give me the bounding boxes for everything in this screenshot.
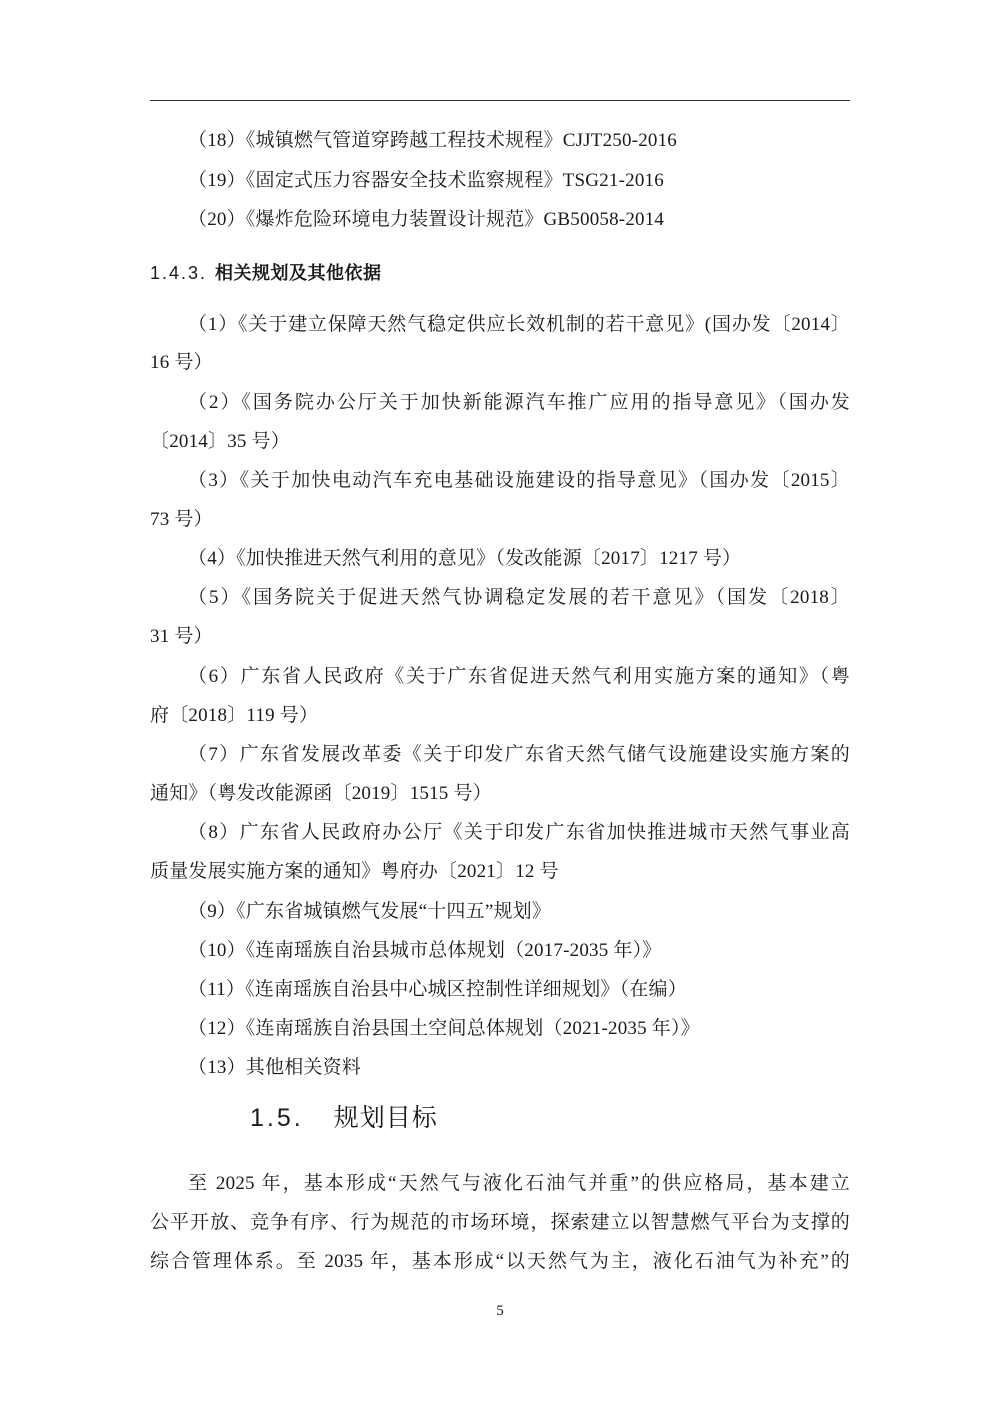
basis-item-9: （9）《广东省城镇燃气发展“十四五”规划》 — [150, 899, 850, 925]
page-number: 5 — [0, 1303, 1000, 1320]
basis-item-12: （12）《连南瑶族自治县国土空间总体规划（2021-2035 年）》 — [150, 1016, 850, 1042]
basis-item-10: （10）《连南瑶族自治县城市总体规划（2017-2035 年）》 — [150, 938, 850, 964]
basis-item-8-line2: 质量发展实施方案的通知》粤府办〔2021〕12 号 — [150, 859, 850, 885]
goal-paragraph-line1: 至 2025 年，基本形成“天然气与液化石油气并重”的供应格局，基本建立 — [150, 1171, 850, 1197]
basis-item-5-line1: （5）《国务院关于促进天然气协调稳定发展的若干意见》（国发〔2018〕 — [150, 585, 850, 611]
section-number: 1.4.3. — [150, 263, 207, 283]
basis-item-7-line2: 通知》（粤发改能源函〔2019〕1515 号） — [150, 781, 850, 807]
section-title: 规划目标 — [334, 1104, 438, 1132]
goal-paragraph-line2: 公平开放、竞争有序、行为规范的市场环境，探索建立以智慧燃气平台为支撑的 — [150, 1210, 850, 1236]
basis-item-6-line1: （6）广东省人民政府《关于广东省促进天然气利用实施方案的通知》（粤 — [150, 664, 850, 690]
section-heading-1-5: 1.5.规划目标 — [250, 1101, 438, 1135]
goal-paragraph-line3: 综合管理体系。至 2035 年，基本形成“以天然气为主，液化石油气为补充”的 — [150, 1249, 850, 1275]
basis-item-7-line1: （7）广东省发展改革委《关于印发广东省天然气储气设施建设实施方案的 — [150, 742, 850, 768]
section-number: 1.5. — [250, 1104, 304, 1132]
reference-item-20: （20）《爆炸危险环境电力装置设计规范》GB50058-2014 — [150, 207, 850, 233]
reference-item-19: （19）《固定式压力容器安全技术监察规程》TSG21-2016 — [150, 168, 850, 194]
basis-item-2-line1: （2）《国务院办公厅关于加快新能源汽车推广应用的指导意见》（国办发 — [150, 390, 850, 416]
header-rule — [150, 100, 850, 101]
basis-item-3-line1: （3）《关于加快电动汽车充电基础设施建设的指导意见》（国办发〔2015〕 — [150, 468, 850, 494]
basis-item-11: （11）《连南瑶族自治县中心城区控制性详细规划》（在编） — [150, 977, 850, 1003]
basis-item-3-line2: 73 号） — [150, 507, 850, 533]
basis-item-2-line2: 〔2014〕35 号） — [150, 429, 850, 455]
basis-item-5-line2: 31 号） — [150, 624, 850, 650]
basis-item-13: （13）其他相关资料 — [150, 1055, 850, 1081]
basis-item-1-line2: 16 号） — [150, 350, 850, 376]
reference-item-18: （18）《城镇燃气管道穿跨越工程技术规程》CJJT250-2016 — [150, 128, 850, 154]
section-heading-1-4-3: 1.4.3.相关规划及其他依据 — [150, 260, 382, 286]
basis-item-1-line1: （1）《关于建立保障天然气稳定供应长效机制的若干意见》(国办发〔2014〕 — [150, 312, 850, 338]
basis-item-8-line1: （8）广东省人民政府办公厅《关于印发广东省加快推进城市天然气事业高 — [150, 820, 850, 846]
basis-item-6-line2: 府〔2018〕119 号） — [150, 703, 850, 729]
section-title: 相关规划及其他依据 — [215, 263, 382, 283]
basis-item-4: （4）《加快推进天然气利用的意见》（发改能源〔2017〕1217 号） — [150, 546, 850, 572]
